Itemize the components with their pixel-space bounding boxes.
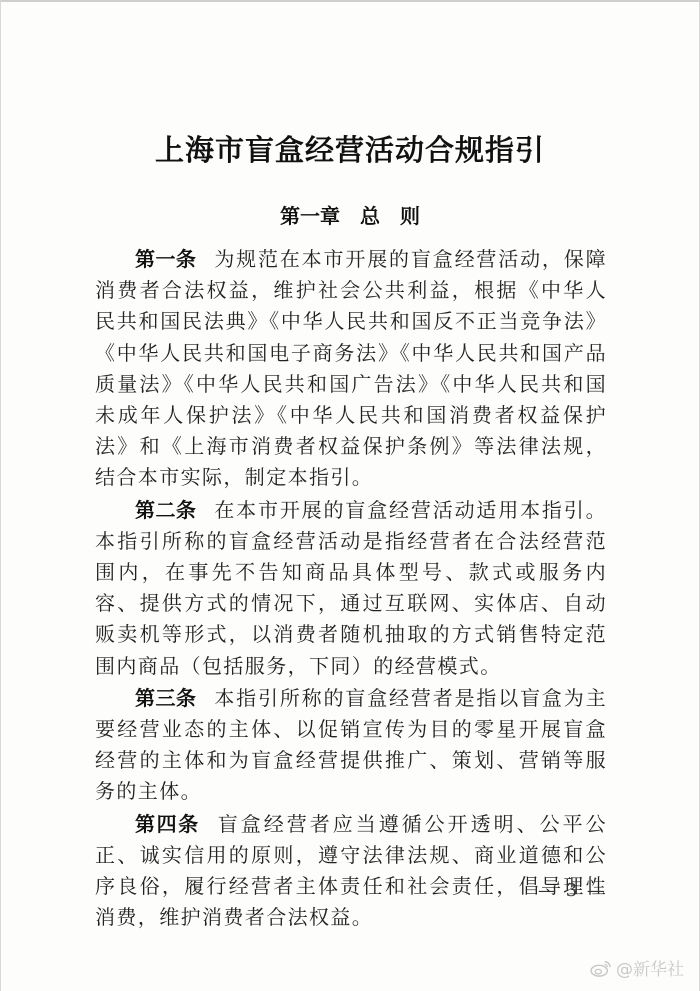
- document-body: 第一条为规范在本市开展的盲盒经营活动，保障消费者合法权益，维护社会公共利益，根据…: [95, 244, 607, 934]
- watermark: @新华社: [590, 955, 684, 980]
- page-number: — 3 —: [538, 880, 607, 901]
- article-text: 在本市开展的盲盒经营活动适用本指引。本指引所称的盲盒经营活动是指经营者在合法经营…: [95, 498, 607, 678]
- article-4: 第四条盲盒经营者应当遵循公开透明、公平公正、诚实信用的原则，遵守法律法规、商业道…: [95, 809, 607, 934]
- chapter-heading: 第一章 总 则: [0, 200, 700, 229]
- article-3: 第三条本指引所称的盲盒经营者是指以盲盒为主要经营业态的主体、以促销宣传为目的零星…: [95, 683, 607, 808]
- article-2: 第二条在本市开展的盲盒经营活动适用本指引。本指引所称的盲盒经营活动是指经营者在合…: [95, 495, 607, 682]
- article-text: 为规范在本市开展的盲盒经营活动，保障消费者合法权益，维护社会公共利益，根据《中华…: [95, 247, 607, 489]
- article-label: 第一条: [135, 247, 196, 271]
- article-label: 第三条: [135, 686, 196, 710]
- article-label: 第四条: [135, 812, 200, 836]
- weibo-icon: [590, 959, 612, 977]
- document-title: 上海市盲盒经营活动合规指引: [0, 128, 700, 169]
- article-1: 第一条为规范在本市开展的盲盒经营活动，保障消费者合法权益，维护社会公共利益，根据…: [95, 244, 607, 494]
- watermark-text: @新华社: [616, 955, 684, 980]
- article-label: 第二条: [135, 498, 196, 522]
